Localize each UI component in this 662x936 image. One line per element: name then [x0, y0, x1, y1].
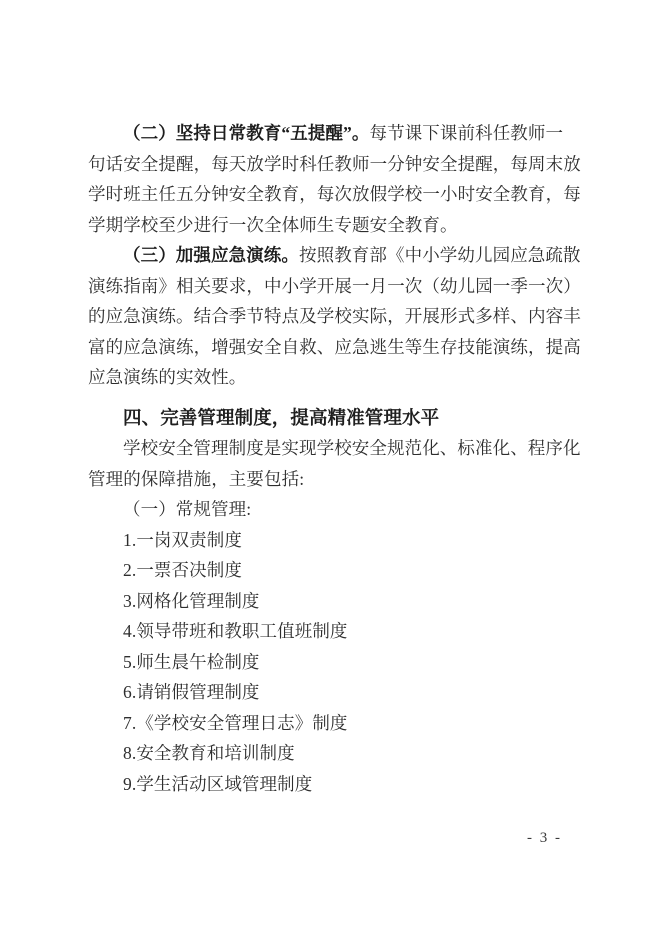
list-item: 2.一票否决制度 — [88, 555, 577, 586]
bold-lead-in: （三）加强应急演练。 — [123, 245, 299, 265]
list-item: 1.一岗双责制度 — [88, 525, 577, 556]
text-line: 句话安全提醒，每天放学时科任教师一分钟安全提醒，每周末放 — [88, 149, 577, 180]
list-item: 4.领导带班和教职工值班制度 — [88, 616, 577, 647]
section-heading: 四、完善管理制度，提高精准管理水平 — [88, 403, 577, 434]
text-line: （三）加强应急演练。按照教育部《中小学幼儿园应急疏散 — [88, 240, 577, 271]
document-content: （二）坚持日常教育“五提醒”。每节课下课前科任教师一句话安全提醒，每天放学时科任… — [88, 118, 577, 799]
text-line: 学期学校至少进行一次全体师生专题安全教育。 — [88, 210, 577, 241]
document-page: （二）坚持日常教育“五提醒”。每节课下课前科任教师一句话安全提醒，每天放学时科任… — [0, 0, 662, 936]
text-line: 富的应急演练，增强安全自救、应急逃生等生存技能演练，提高 — [88, 332, 577, 363]
text-line: 演练指南》相关要求，中小学开展一月一次（幼儿园一季一次） — [88, 271, 577, 302]
text-line: （二）坚持日常教育“五提醒”。每节课下课前科任教师一 — [88, 118, 577, 149]
list-item: 5.师生晨午检制度 — [88, 647, 577, 678]
text-line: 应急演练的实效性。 — [88, 362, 577, 393]
page-number: - 3 - — [527, 831, 562, 846]
text-line: 学校安全管理制度是实现学校安全规范化、标准化、程序化 — [88, 433, 577, 464]
list-item: 6.请销假管理制度 — [88, 677, 577, 708]
bold-lead-in: （二）坚持日常教育“五提醒”。 — [123, 123, 370, 143]
list-item: 7.《学校安全管理日志》制度 — [88, 708, 577, 739]
list-item: 8.安全教育和培训制度 — [88, 738, 577, 769]
list-item: 3.网格化管理制度 — [88, 586, 577, 617]
text-line: 的应急演练。结合季节特点及学校实际，开展形式多样、内容丰 — [88, 301, 577, 332]
text-line: 学时班主任五分钟安全教育，每次放假学校一小时安全教育，每 — [88, 179, 577, 210]
text-line: 管理的保障措施，主要包括: — [88, 464, 577, 495]
list-item: 9.学生活动区域管理制度 — [88, 769, 577, 800]
sub-heading: （一）常规管理: — [88, 494, 577, 525]
